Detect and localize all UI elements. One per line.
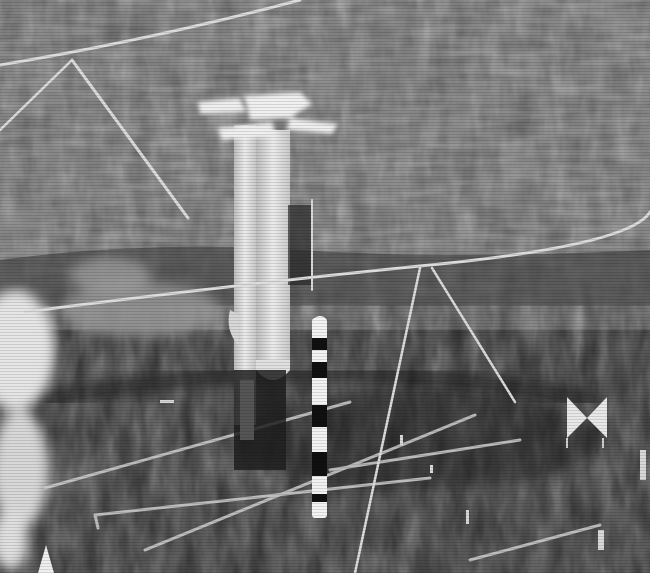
thermal-photo — [0, 0, 650, 573]
striped-survey-pole — [312, 316, 327, 518]
scene-drawing — [0, 0, 650, 573]
